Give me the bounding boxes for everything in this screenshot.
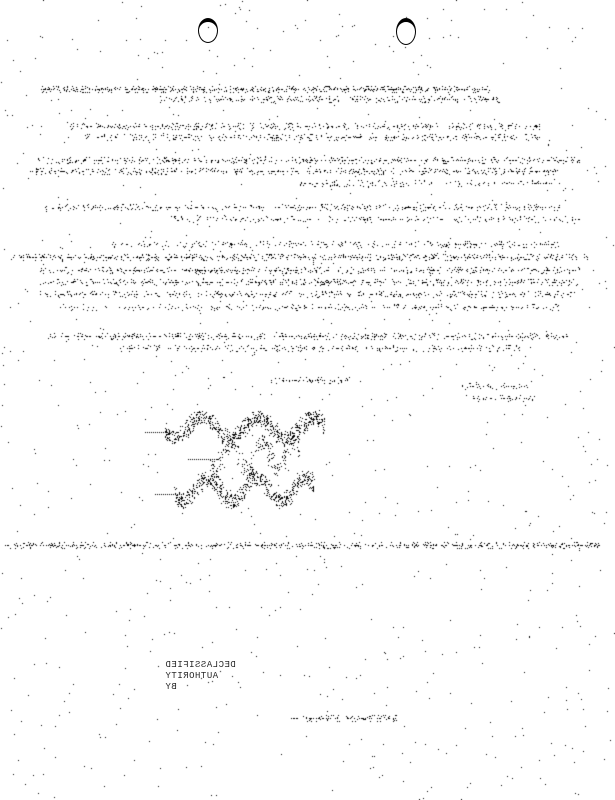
scan-noise-texture <box>0 0 615 800</box>
scanned-document-page: [illegible] [illegible] [illegible] [ill… <box>0 0 615 800</box>
stamp-line-3: BY <box>165 682 275 693</box>
declassification-stamp: DECLASSIFIED AUTHORITY BY <box>165 660 275 693</box>
stamp-line-1: DECLASSIFIED <box>165 660 275 671</box>
punch-hole-left <box>198 18 218 43</box>
punch-hole-right <box>396 18 416 45</box>
stamp-line-2: AUTHORITY <box>165 671 275 682</box>
